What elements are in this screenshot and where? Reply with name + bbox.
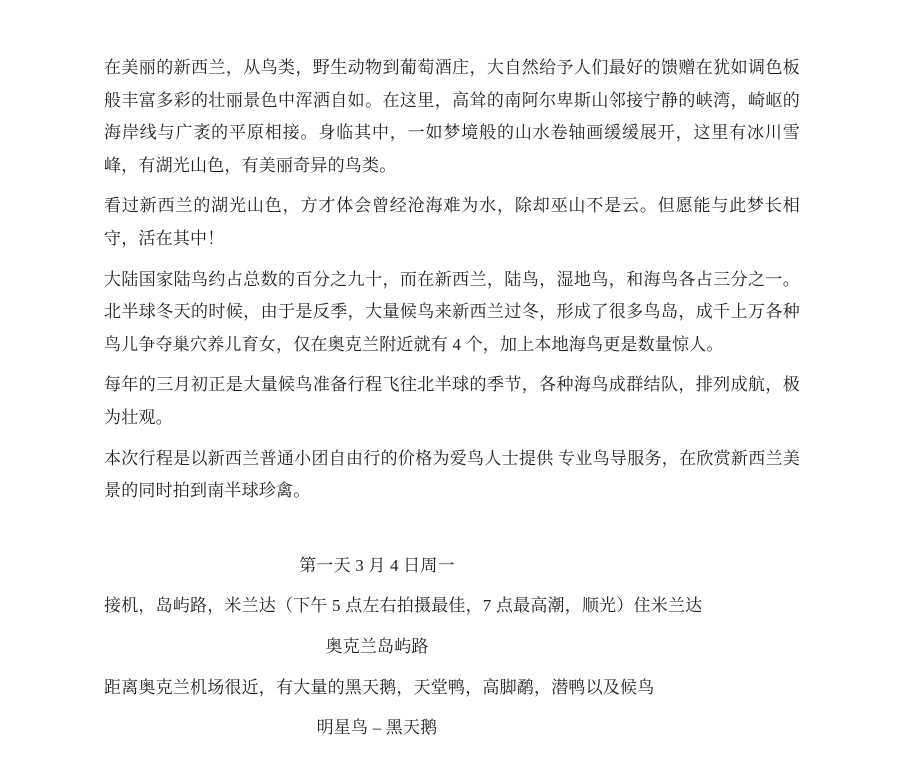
heading-day1-date: 第一天 3 月 4 日周一 [104,550,650,583]
paragraph-trip-offer: 本次行程是以新西兰普通小团自由行的价格为爱鸟人士提供 专业鸟导服务，在欣赏新西兰… [104,443,800,508]
paragraph-location-description: 距离奥克兰机场很近，有大量的黑天鹅，天堂鸭，高脚鹬，潜鸭以及候鸟 [104,672,800,705]
document-page: 在美丽的新西兰，从鸟类，野生动物到葡萄酒庄，大自然给予人们最好的馈赠在犹如调色板… [0,0,905,770]
paragraph-bird-statistics: 大陆国家陆鸟约占总数的百分之九十，而在新西兰，陆鸟，湿地鸟，和海鸟各占三分之一。… [104,264,800,362]
paragraph-migration-season: 每年的三月初正是大量候鸟准备行程飞往北半球的季节，各种海鸟成群结队，排列成航，极… [104,369,800,434]
paragraph-day1-plan: 接机，岛屿路，米兰达（下午 5 点左右拍摄最佳，7 点最高潮，顺光）住米兰达 [104,590,800,623]
heading-auckland-island-road: 奥克兰岛屿路 [104,631,650,664]
paragraph-intro-wish: 看过新西兰的湖光山色，方才体会曾经沧海难为水，除却巫山不是云。但愿能与此梦长相守… [104,190,800,255]
paragraph-intro-scenery: 在美丽的新西兰，从鸟类，野生动物到葡萄酒庄，大自然给予人们最好的馈赠在犹如调色板… [104,52,800,182]
heading-star-bird: 明星鸟 – 黑天鹅 [104,712,650,745]
